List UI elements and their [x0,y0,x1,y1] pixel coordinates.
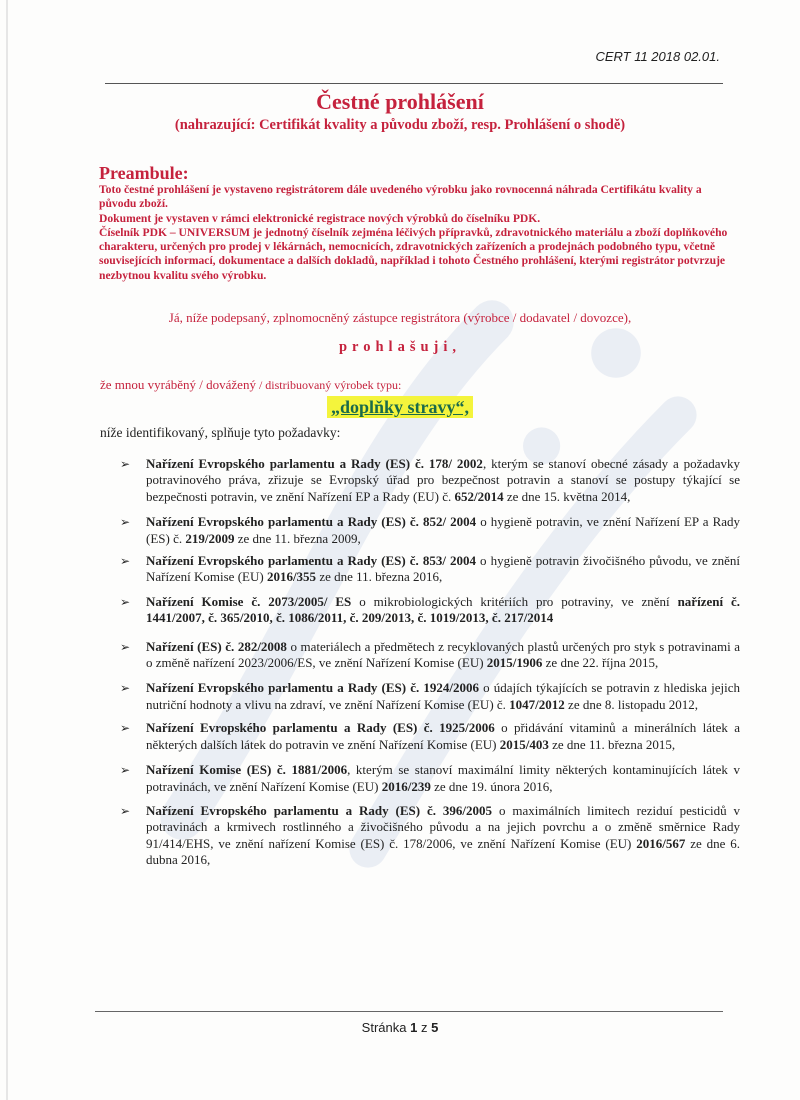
header-divider [105,83,723,84]
footer-divider [95,1011,723,1012]
regulation-amendment: 652/2014 [455,489,504,504]
regulation-item: ➢Nařízení Evropského parlamentu a Rady (… [120,553,740,586]
regulation-date: ze dne 22. října 2015, [542,655,658,670]
regulations-list: ➢Nařízení Evropského parlamentu a Rady (… [120,456,740,877]
regulation-title: Nařízení Evropského parlamentu a Rady (E… [146,720,495,735]
arrow-bullet-icon: ➢ [120,594,130,610]
regulation-amendment: 2016/355 [267,569,316,584]
regulation-title: Nařízení Komise (ES) č. 1881/2006 [146,762,347,777]
page-number: Stránka 1 z 5 [0,1020,800,1035]
certificate-code: CERT 11 2018 02.01. [595,49,720,64]
arrow-bullet-icon: ➢ [120,639,130,655]
regulation-item: ➢Nařízení Evropského parlamentu a Rady (… [120,514,740,547]
regulation-text: o mikrobiologických kritériích pro potra… [351,594,677,609]
regulation-title: Nařízení (ES) č. 282/2008 [146,639,287,654]
arrow-bullet-icon: ➢ [120,762,130,778]
regulation-date: ze dne 11. března 2016, [316,569,442,584]
arrow-bullet-icon: ➢ [120,514,130,530]
requirements-intro: níže identifikovaný, splňuje tyto požada… [100,425,340,441]
preamble-paragraph: Číselník PDK – UNIVERSUM je jednotný čís… [99,226,739,283]
page-total: 5 [431,1020,438,1035]
regulation-date: ze dne 11. března 2009, [234,531,360,546]
regulation-item: ➢Nařízení Evropského parlamentu a Rady (… [120,720,740,753]
page-label: Stránka [362,1020,407,1035]
regulation-amendment: 2016/239 [382,779,431,794]
product-line: že mnou vyráběný / dovážený / distribuov… [100,377,401,393]
declaration-heading: prohlašuji, [0,339,800,356]
document-title: Čestné prohlášení [0,89,800,115]
regulation-date: ze dne 19. února 2016, [431,779,553,794]
arrow-bullet-icon: ➢ [120,553,130,569]
regulation-amendment: 219/2009 [185,531,234,546]
preamble-paragraph: Dokument je vystaven v rámci elektronick… [99,212,739,226]
regulation-date: ze dne 15. května 2014, [504,489,631,504]
regulation-amendment: 2015/1906 [487,655,543,670]
regulation-item: ➢Nařízení (ES) č. 282/2008 o materiálech… [120,639,740,672]
regulation-title: Nařízení Evropského parlamentu a Rady (E… [146,514,476,529]
product-line-suffix: / distribuovaný výrobek typu: [256,378,401,392]
regulation-title: Nařízení Evropského parlamentu a Rady (E… [146,456,483,471]
regulation-title: Nařízení Evropského parlamentu a Rady (E… [146,803,492,818]
product-type-container: „doplňky stravy“, [0,396,800,418]
product-line-prefix: že mnou vyráběný / dovážený [100,377,256,392]
scan-edge [6,0,8,1100]
regulation-title: Nařízení Komise č. 2073/2005/ ES [146,594,351,609]
regulation-item: ➢Nařízení Evropského parlamentu a Rady (… [120,803,740,869]
preamble-paragraph: Toto čestné prohlášení je vystaveno regi… [99,183,739,212]
regulation-amendment: 1047/2012 [509,697,565,712]
regulation-amendment: 2016/567 [636,836,685,851]
arrow-bullet-icon: ➢ [120,803,130,819]
regulation-item: ➢Nařízení Evropského parlamentu a Rady (… [120,680,740,713]
arrow-bullet-icon: ➢ [120,720,130,736]
regulation-item: ➢Nařízení Komise (ES) č. 1881/2006, kter… [120,762,740,795]
arrow-bullet-icon: ➢ [120,680,130,696]
document-page: CERT 11 2018 02.01. Čestné prohlášení (n… [0,0,800,1100]
regulation-title: Nařízení Evropského parlamentu a Rady (E… [146,553,476,568]
regulation-title: Nařízení Evropského parlamentu a Rady (E… [146,680,479,695]
page-current: 1 [410,1020,417,1035]
arrow-bullet-icon: ➢ [120,456,130,472]
regulation-item: ➢Nařízení Evropského parlamentu a Rady (… [120,456,740,505]
page-separator: z [421,1020,428,1035]
regulation-date: ze dne 11. března 2015, [549,737,675,752]
signatory-statement: Já, níže podepsaný, zplnomocněný zástupc… [0,310,800,326]
regulation-date: ze dne 8. listopadu 2012, [565,697,698,712]
document-subtitle: (nahrazující: Certifikát kvality a původ… [0,117,800,134]
product-type: „doplňky stravy“, [327,396,473,418]
preamble-text: Toto čestné prohlášení je vystaveno regi… [99,183,739,283]
preamble-heading: Preambule: [99,163,189,184]
regulation-item: ➢Nařízení Komise č. 2073/2005/ ES o mikr… [120,594,740,627]
regulation-amendment: 2015/403 [500,737,549,752]
